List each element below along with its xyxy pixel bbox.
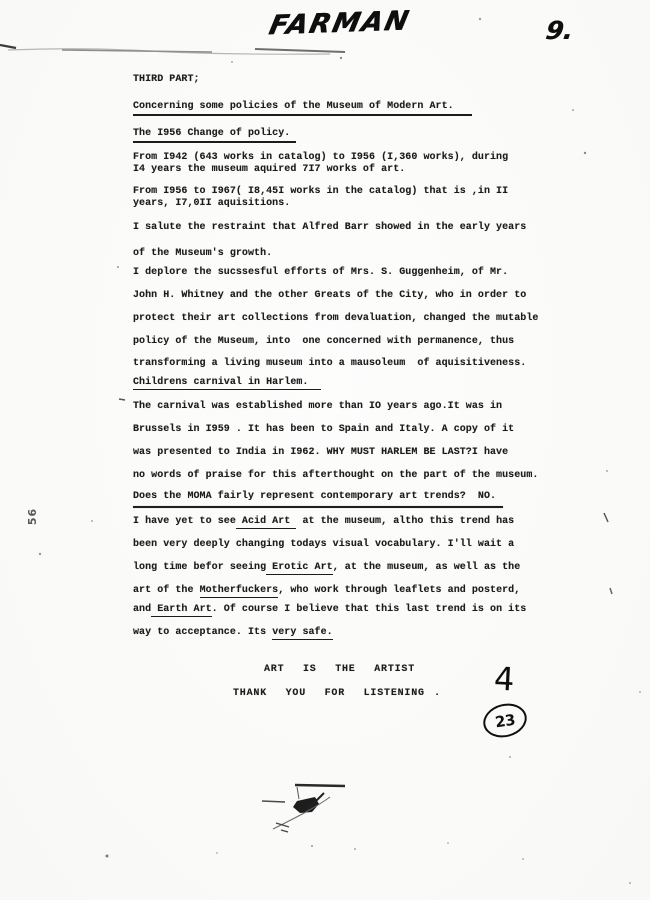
typed-line: years, I7,0II aquisitions. bbox=[133, 198, 290, 209]
typed-line: THANK YOU FOR LISTENING . bbox=[233, 688, 441, 699]
typed-text: long time befor seeing bbox=[133, 562, 266, 573]
typed-line: I4 years the museum aquired 7I7 works of… bbox=[133, 164, 405, 175]
typed-line: policy of the Museum, into one concerned… bbox=[133, 336, 514, 347]
handwritten-page-number: 9. bbox=[544, 16, 575, 45]
typed-line: of the Museum's growth. bbox=[133, 248, 272, 259]
typed-line: I salute the restraint that Alfred Barr … bbox=[133, 222, 526, 233]
typed-line: protect their art collections from deval… bbox=[133, 313, 538, 324]
typed-line: way to acceptance. Its very safe. bbox=[133, 627, 333, 640]
typed-text: John H. Whitney and the other Greats of … bbox=[133, 290, 526, 301]
typed-line: long time befor seeing Erotic Art, at th… bbox=[133, 562, 520, 575]
circled-number-note: 23 bbox=[480, 699, 531, 742]
typed-line: The carnival was established more than I… bbox=[133, 401, 502, 412]
typed-text: From I942 (643 works in catalog) to I956… bbox=[133, 152, 508, 163]
typed-text: , at the museum, as well as the bbox=[333, 562, 521, 573]
typed-line: was presented to India in I962. WHY MUST… bbox=[133, 447, 508, 458]
handwritten-name: FARMAN bbox=[266, 6, 413, 42]
handwritten-margin-note: 56 bbox=[26, 508, 39, 525]
typed-line: The I956 Change of policy. bbox=[133, 128, 296, 143]
typed-text: at the museum, altho this trend has bbox=[296, 516, 514, 527]
typed-text: been very deeply changing todays visual … bbox=[133, 539, 514, 550]
scanned-page: FARMAN 9. 56 THIRD PART;Concerning some … bbox=[0, 0, 650, 900]
typed-text: art of the bbox=[133, 585, 200, 596]
typed-text: transforming a living museum into a maus… bbox=[133, 358, 526, 369]
typed-line: transforming a living museum into a maus… bbox=[133, 358, 526, 369]
typed-line: no words of praise for this afterthought… bbox=[133, 470, 538, 481]
typed-line: Does the MOMA fairly represent contempor… bbox=[133, 491, 496, 502]
underlined-text: Concerning some policies of the Museum o… bbox=[133, 101, 472, 116]
typed-line: been very deeply changing todays visual … bbox=[133, 539, 514, 550]
typed-line: Childrens carnival in Harlem. bbox=[133, 377, 321, 390]
typed-text: no words of praise for this afterthought… bbox=[133, 470, 538, 481]
typed-line: ART IS THE ARTIST bbox=[264, 664, 415, 675]
typed-text: ART IS THE ARTIST bbox=[264, 664, 415, 675]
typed-line: From I956 to I967( I8,45I works in the c… bbox=[133, 186, 508, 197]
typed-text: THANK YOU FOR LISTENING . bbox=[233, 688, 441, 699]
underlined-text: very safe. bbox=[272, 627, 333, 640]
typed-line: I have yet to see Acid Art at the museum… bbox=[133, 516, 514, 529]
typed-line: I deplore the sucssesful efforts of Mrs.… bbox=[133, 267, 508, 278]
circled-number-text: 23 bbox=[494, 710, 516, 731]
typed-text: I deplore the sucssesful efforts of Mrs.… bbox=[133, 267, 508, 278]
typed-text: , who work through leaflets and posterd, bbox=[278, 585, 520, 596]
typed-line: Brussels in I959 . It has been to Spain … bbox=[133, 424, 514, 435]
typed-text: was presented to India in I962. WHY MUST… bbox=[133, 447, 508, 458]
underlined-text: Motherfuckers bbox=[200, 585, 279, 598]
typed-text: years, I7,0II aquisitions. bbox=[133, 198, 290, 209]
typed-text: . Of course I believe that this last tre… bbox=[212, 604, 527, 615]
handwritten-number-note: 4 bbox=[493, 659, 515, 698]
typed-line: From I942 (643 works in catalog) to I956… bbox=[133, 152, 508, 163]
typed-text: policy of the Museum, into one concerned… bbox=[133, 336, 514, 347]
typed-text: Brussels in I959 . It has been to Spain … bbox=[133, 424, 514, 435]
typed-text: I4 years the museum aquired 7I7 works of… bbox=[133, 164, 405, 175]
typed-line: John H. Whitney and the other Greats of … bbox=[133, 290, 526, 301]
typed-line: THIRD PART; bbox=[133, 74, 200, 85]
typed-text: The carnival was established more than I… bbox=[133, 401, 502, 412]
typed-line: art of the Motherfuckers, who work throu… bbox=[133, 585, 520, 598]
typed-text: I salute the restraint that Alfred Barr … bbox=[133, 222, 526, 233]
typed-line: Concerning some policies of the Museum o… bbox=[133, 101, 472, 116]
underlined-text: Acid Art bbox=[236, 516, 297, 529]
typed-text: and bbox=[133, 604, 151, 615]
underlined-text: Childrens carnival in Harlem. bbox=[133, 377, 321, 390]
underlined-text: The I956 Change of policy. bbox=[133, 128, 296, 143]
typed-text: From I956 to I967( I8,45I works in the c… bbox=[133, 186, 508, 197]
typed-rule bbox=[133, 506, 503, 508]
typed-text: Does the MOMA fairly represent contempor… bbox=[133, 491, 496, 502]
underlined-text: Earth Art bbox=[151, 604, 212, 617]
typed-text: protect their art collections from deval… bbox=[133, 313, 538, 324]
typed-text: I have yet to see bbox=[133, 516, 236, 527]
typed-text: of the Museum's growth. bbox=[133, 248, 272, 259]
typed-line: and Earth Art. Of course I believe that … bbox=[133, 604, 526, 617]
typed-text: THIRD PART; bbox=[133, 74, 200, 85]
underlined-text: Erotic Art bbox=[266, 562, 333, 575]
typed-text: way to acceptance. Its bbox=[133, 627, 272, 638]
